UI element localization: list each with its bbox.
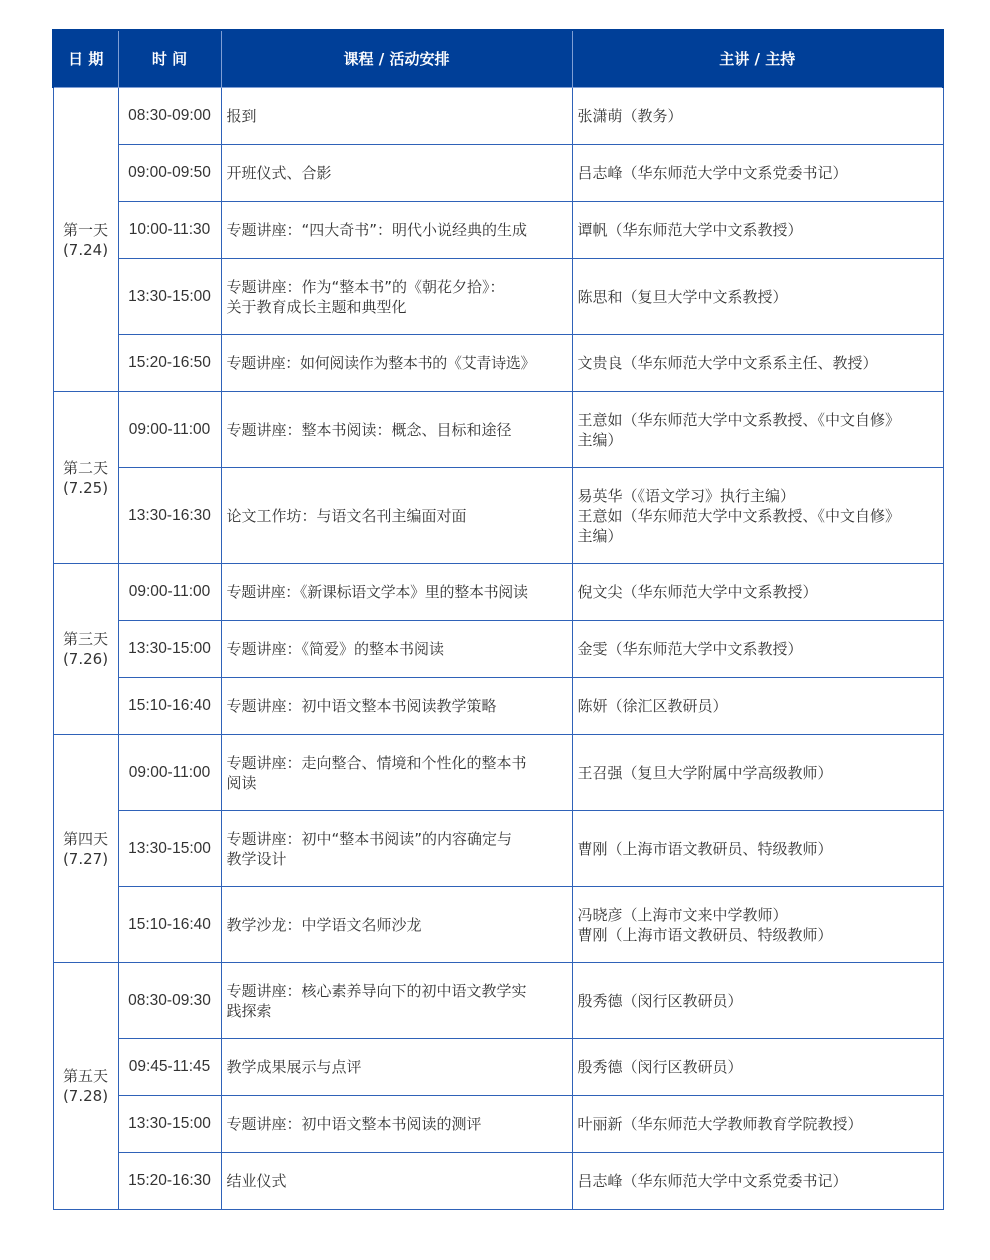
day-label: 第三天 <box>59 629 113 649</box>
host-cell: 金雯（华东师范大学中文系教授） <box>572 621 943 678</box>
time-cell: 15:10-16:40 <box>118 678 221 735</box>
day-date: (7.28) <box>59 1086 113 1106</box>
course-cell: 专题讲座：初中“整本书阅读”的内容确定与 教学设计 <box>221 811 572 887</box>
time-cell: 10:00-11:30 <box>118 202 221 259</box>
host-text: 谭帆（华东师范大学中文系教授） <box>578 220 938 240</box>
table-row: 15:20-16:30 结业仪式 吕志峰（华东师范大学中文系党委书记） <box>53 1153 943 1210</box>
host-cell: 吕志峰（华东师范大学中文系党委书记） <box>572 145 943 202</box>
table-row: 13:30-15:00 专题讲座：初中语文整本书阅读的测评 叶丽新（华东师范大学… <box>53 1096 943 1153</box>
table-row: 15:10-16:40 专题讲座：初中语文整本书阅读教学策略 陈妍（徐汇区教研员… <box>53 678 943 735</box>
course-cell: 结业仪式 <box>221 1153 572 1210</box>
table-row: 09:45-11:45 教学成果展示与点评 殷秀德（闵行区教研员） <box>53 1039 943 1096</box>
host-cell: 叶丽新（华东师范大学教师教育学院教授） <box>572 1096 943 1153</box>
course-text: 专题讲座：初中语文整本书阅读的测评 <box>227 1114 567 1134</box>
host-text: 王意如（华东师范大学中文系教授、《中文自修》 <box>578 506 938 526</box>
header-row: 日 期 时 间 课程 / 活动安排 主讲 / 主持 <box>53 30 943 88</box>
course-text: 论文工作坊：与语文名刊主编面对面 <box>227 506 567 526</box>
course-text: 践探索 <box>227 1001 567 1021</box>
host-text: 殷秀德（闵行区教研员） <box>578 991 938 1011</box>
day-cell: 第四天 (7.27) <box>53 735 118 963</box>
time-cell: 13:30-15:00 <box>118 259 221 335</box>
course-cell: 专题讲座：“四大奇书”：明代小说经典的生成 <box>221 202 572 259</box>
day-date: (7.26) <box>59 649 113 669</box>
course-text: 专题讲座：“四大奇书”：明代小说经典的生成 <box>227 220 567 240</box>
host-text: 陈思和（复旦大学中文系教授） <box>578 287 938 307</box>
table-row: 第四天 (7.27) 09:00-11:00 专题讲座：走向整合、情境和个性化的… <box>53 735 943 811</box>
course-cell: 专题讲座：初中语文整本书阅读的测评 <box>221 1096 572 1153</box>
table-row: 09:00-09:50 开班仪式、合影 吕志峰（华东师范大学中文系党委书记） <box>53 145 943 202</box>
host-cell: 吕志峰（华东师范大学中文系党委书记） <box>572 1153 943 1210</box>
time-cell: 13:30-16:30 <box>118 468 221 564</box>
course-cell: 专题讲座：《新课标语文学本》里的整本书阅读 <box>221 564 572 621</box>
host-text: 张潇萌（教务） <box>578 106 938 126</box>
course-cell: 报到 <box>221 88 572 145</box>
day-cell: 第五天 (7.28) <box>53 963 118 1210</box>
host-text: 主编） <box>578 430 938 450</box>
course-text: 专题讲座：《新课标语文学本》里的整本书阅读 <box>227 582 567 602</box>
host-text: 曹刚（上海市语文教研员、特级教师） <box>578 925 938 945</box>
table-row: 第五天 (7.28) 08:30-09:30 专题讲座：核心素养导向下的初中语文… <box>53 963 943 1039</box>
day-date: (7.24) <box>59 240 113 260</box>
host-text: 主编） <box>578 526 938 546</box>
course-text: 结业仪式 <box>227 1171 567 1191</box>
course-cell: 教学沙龙：中学语文名师沙龙 <box>221 887 572 963</box>
host-text: 叶丽新（华东师范大学教师教育学院教授） <box>578 1114 938 1134</box>
host-text: 王召强（复旦大学附属中学高级教师） <box>578 763 938 783</box>
table-row: 第二天 (7.25) 09:00-11:00 专题讲座：整本书阅读：概念、目标和… <box>53 392 943 468</box>
day-cell: 第一天 (7.24) <box>53 88 118 392</box>
time-cell: 13:30-15:00 <box>118 621 221 678</box>
table-row: 15:10-16:40 教学沙龙：中学语文名师沙龙 冯晓彦（上海市文来中学教师）… <box>53 887 943 963</box>
host-text: 金雯（华东师范大学中文系教授） <box>578 639 938 659</box>
day-cell: 第三天 (7.26) <box>53 564 118 735</box>
schedule-table: 日 期 时 间 课程 / 活动安排 主讲 / 主持 第一天 (7.24) 08:… <box>52 29 944 1210</box>
course-cell: 论文工作坊：与语文名刊主编面对面 <box>221 468 572 564</box>
time-cell: 09:00-11:00 <box>118 564 221 621</box>
day-label: 第五天 <box>59 1066 113 1086</box>
course-text: 专题讲座：初中语文整本书阅读教学策略 <box>227 696 567 716</box>
host-text: 殷秀德（闵行区教研员） <box>578 1057 938 1077</box>
day-date: (7.25) <box>59 478 113 498</box>
day-date: (7.27) <box>59 849 113 869</box>
host-cell: 曹刚（上海市语文教研员、特级教师） <box>572 811 943 887</box>
time-cell: 15:20-16:30 <box>118 1153 221 1210</box>
course-cell: 开班仪式、合影 <box>221 145 572 202</box>
time-cell: 15:10-16:40 <box>118 887 221 963</box>
host-text: 吕志峰（华东师范大学中文系党委书记） <box>578 1171 938 1191</box>
table-row: 第一天 (7.24) 08:30-09:00 报到 张潇萌（教务） <box>53 88 943 145</box>
host-text: 倪文尖（华东师范大学中文系教授） <box>578 582 938 602</box>
time-cell: 15:20-16:50 <box>118 335 221 392</box>
host-cell: 文贵良（华东师范大学中文系系主任、教授） <box>572 335 943 392</box>
header-time: 时 间 <box>118 30 221 88</box>
time-cell: 08:30-09:00 <box>118 88 221 145</box>
host-cell: 易英华（《语文学习》执行主编） 王意如（华东师范大学中文系教授、《中文自修》 主… <box>572 468 943 564</box>
time-cell: 13:30-15:00 <box>118 1096 221 1153</box>
time-cell: 09:45-11:45 <box>118 1039 221 1096</box>
host-cell: 张潇萌（教务） <box>572 88 943 145</box>
time-cell: 08:30-09:30 <box>118 963 221 1039</box>
host-cell: 冯晓彦（上海市文来中学教师） 曹刚（上海市语文教研员、特级教师） <box>572 887 943 963</box>
host-cell: 陈思和（复旦大学中文系教授） <box>572 259 943 335</box>
host-text: 易英华（《语文学习》执行主编） <box>578 486 938 506</box>
course-text: 专题讲座：《简爱》的整本书阅读 <box>227 639 567 659</box>
course-text: 专题讲座：走向整合、情境和个性化的整本书 <box>227 753 567 773</box>
host-text: 吕志峰（华东师范大学中文系党委书记） <box>578 163 938 183</box>
day-label: 第二天 <box>59 458 113 478</box>
table-row: 13:30-15:00 专题讲座：《简爱》的整本书阅读 金雯（华东师范大学中文系… <box>53 621 943 678</box>
course-text: 报到 <box>227 106 567 126</box>
course-text: 教学沙龙：中学语文名师沙龙 <box>227 915 567 935</box>
host-text: 冯晓彦（上海市文来中学教师） <box>578 905 938 925</box>
table-row: 13:30-15:00 专题讲座：初中“整本书阅读”的内容确定与 教学设计 曹刚… <box>53 811 943 887</box>
table-row: 10:00-11:30 专题讲座：“四大奇书”：明代小说经典的生成 谭帆（华东师… <box>53 202 943 259</box>
header-date: 日 期 <box>53 30 118 88</box>
course-text: 教学设计 <box>227 849 567 869</box>
time-cell: 09:00-11:00 <box>118 392 221 468</box>
time-cell: 13:30-15:00 <box>118 811 221 887</box>
host-cell: 王意如（华东师范大学中文系教授、《中文自修》 主编） <box>572 392 943 468</box>
host-cell: 谭帆（华东师范大学中文系教授） <box>572 202 943 259</box>
table-row: 13:30-15:00 专题讲座：作为“整本书”的《朝花夕拾》： 关于教育成长主… <box>53 259 943 335</box>
course-text: 专题讲座：作为“整本书”的《朝花夕拾》： <box>227 277 567 297</box>
course-cell: 专题讲座：初中语文整本书阅读教学策略 <box>221 678 572 735</box>
day-label: 第四天 <box>59 829 113 849</box>
day-label: 第一天 <box>59 220 113 240</box>
host-text: 曹刚（上海市语文教研员、特级教师） <box>578 839 938 859</box>
day-cell: 第二天 (7.25) <box>53 392 118 564</box>
time-cell: 09:00-11:00 <box>118 735 221 811</box>
course-cell: 教学成果展示与点评 <box>221 1039 572 1096</box>
course-cell: 专题讲座：《简爱》的整本书阅读 <box>221 621 572 678</box>
header-course: 课程 / 活动安排 <box>221 30 572 88</box>
host-cell: 殷秀德（闵行区教研员） <box>572 963 943 1039</box>
host-cell: 殷秀德（闵行区教研员） <box>572 1039 943 1096</box>
course-cell: 专题讲座：核心素养导向下的初中语文教学实 践探索 <box>221 963 572 1039</box>
host-text: 王意如（华东师范大学中文系教授、《中文自修》 <box>578 410 938 430</box>
table-row: 15:20-16:50 专题讲座：如何阅读作为整本书的《艾青诗选》 文贵良（华东… <box>53 335 943 392</box>
host-text: 文贵良（华东师范大学中文系系主任、教授） <box>578 353 938 373</box>
host-cell: 王召强（复旦大学附属中学高级教师） <box>572 735 943 811</box>
time-cell: 09:00-09:50 <box>118 145 221 202</box>
course-text: 专题讲座：核心素养导向下的初中语文教学实 <box>227 981 567 1001</box>
course-cell: 专题讲座：作为“整本书”的《朝花夕拾》： 关于教育成长主题和典型化 <box>221 259 572 335</box>
course-text: 开班仪式、合影 <box>227 163 567 183</box>
course-text: 专题讲座：如何阅读作为整本书的《艾青诗选》 <box>227 353 567 373</box>
table-row: 13:30-16:30 论文工作坊：与语文名刊主编面对面 易英华（《语文学习》执… <box>53 468 943 564</box>
course-text: 关于教育成长主题和典型化 <box>227 297 567 317</box>
table-row: 第三天 (7.26) 09:00-11:00 专题讲座：《新课标语文学本》里的整… <box>53 564 943 621</box>
header-host: 主讲 / 主持 <box>572 30 943 88</box>
course-text: 专题讲座：初中“整本书阅读”的内容确定与 <box>227 829 567 849</box>
course-text: 阅读 <box>227 773 567 793</box>
host-cell: 陈妍（徐汇区教研员） <box>572 678 943 735</box>
course-cell: 专题讲座：走向整合、情境和个性化的整本书 阅读 <box>221 735 572 811</box>
host-text: 陈妍（徐汇区教研员） <box>578 696 938 716</box>
course-text: 教学成果展示与点评 <box>227 1057 567 1077</box>
course-text: 专题讲座：整本书阅读：概念、目标和途径 <box>227 420 567 440</box>
host-cell: 倪文尖（华东师范大学中文系教授） <box>572 564 943 621</box>
course-cell: 专题讲座：整本书阅读：概念、目标和途径 <box>221 392 572 468</box>
course-cell: 专题讲座：如何阅读作为整本书的《艾青诗选》 <box>221 335 572 392</box>
